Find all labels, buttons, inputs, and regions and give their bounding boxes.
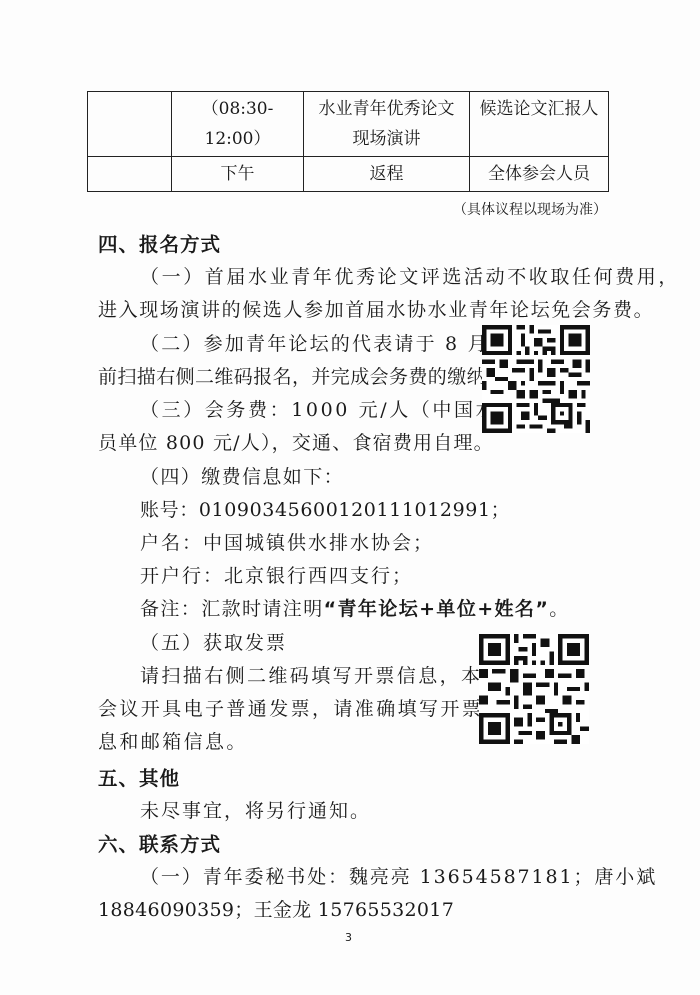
table-cell-blank [88,92,172,157]
bank-name: 开户行：北京银行西四支行； [140,561,413,588]
activity-line: 水业青年优秀论文 [308,94,465,124]
remark-prefix: 备注：汇款时请注明 [140,598,324,620]
section-heading: 六、联系方式 [98,829,221,857]
table-cell-activity: 水业青年优秀论文 现场演讲 [304,92,470,157]
table-row: 下午 返程 全体参会人员 [88,157,609,192]
agenda-note: （具体议程以现场为准） [453,199,607,219]
document-page: （08:30-12:00） 水业青年优秀论文 现场演讲 候选论文汇报人 下午 返… [0,0,700,995]
paragraph-line: 息和邮箱信息。 [98,727,248,754]
account-value: 01090345600120111012991； [199,499,510,521]
paragraph-line: 未尽事宜，将另行通知。 [140,796,371,823]
paragraph-line: 会议开具电子普通发票，请准确填写开票信 [98,694,505,721]
account-name: 户名：中国城镇供水排水协会； [140,528,434,555]
paragraph-line: （二）参加青年论坛的代表请于 8 月 5 日 [140,329,541,356]
section-heading: 四、报名方式 [98,229,221,257]
paragraph-line: （四）缴费信息如下： [140,462,344,489]
payment-remark: 备注：汇款时请注明“青年论坛+单位+姓名”。 [140,594,570,621]
paragraph-line: （五）获取发票 [140,628,287,655]
contact-line: （一）青年委秘书处：魏亮亮 13654587181；唐小斌 [140,862,657,889]
section-heading: 五、其他 [98,763,180,791]
paragraph-line: 前扫描右侧二维码报名，并完成会务费的缴纳。 [98,362,505,389]
contact-line: 18846090359；王金龙 15765532017 [98,895,454,922]
activity-line: 现场演讲 [308,124,465,154]
table-cell-time: 下午 [172,157,304,192]
table-row: （08:30-12:00） 水业青年优秀论文 现场演讲 候选论文汇报人 [88,92,609,157]
qr-code-registration-icon [482,325,590,433]
account-number: 账号：01090345600120111012991； [140,495,510,522]
paragraph-line: 进入现场演讲的候选人参加首届水协水业青年论坛免会务费。 [98,295,654,322]
paragraph-line: 员单位 800 元/人），交通、食宿费用自理。 [98,428,494,455]
table-cell-time: （08:30-12:00） [172,92,304,157]
table-cell-activity: 返程 [304,157,470,192]
table-cell-participants: 全体参会人员 [470,157,609,192]
page-number: 3 [345,931,352,944]
account-label: 账号： [140,499,199,521]
paragraph-line: 请扫描右侧二维码填写开票信息，本次 [140,661,504,688]
table-cell-blank [88,157,172,192]
remark-suffix: 。 [549,598,569,620]
paragraph-line: （三）会务费：1000 元/人（中国水协会 [140,395,540,422]
remark-emphasis: “青年论坛+单位+姓名” [324,598,550,620]
agenda-table: （08:30-12:00） 水业青年优秀论文 现场演讲 候选论文汇报人 下午 返… [87,91,609,192]
paragraph-line: （一）首届水业青年优秀论文评选活动不收取任何费用， [140,262,680,289]
qr-code-invoice-icon [479,634,589,744]
table-cell-participants: 候选论文汇报人 [470,92,609,157]
